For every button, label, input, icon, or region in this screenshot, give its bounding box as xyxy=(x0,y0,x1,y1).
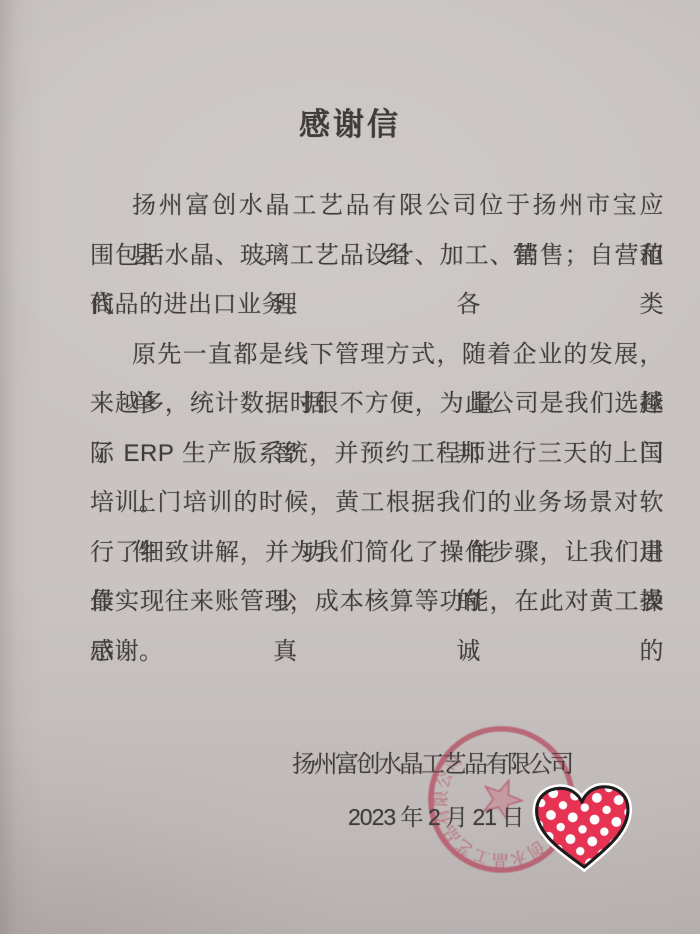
letter-line: 作实现往来账管理，成本核算等功能，在此对黄工表示真诚的 xyxy=(90,577,664,627)
letter-line: 围包括水晶、玻璃工艺品设计、加工、销售；自营和代理各类 xyxy=(90,231,664,281)
letter-line: 上门培训的时候，黄工根据我们的业务场景对软件功能进 xyxy=(90,478,664,528)
letter-title: 感谢信 xyxy=(0,99,700,144)
letter-line: 际 ERP 生产版系统，并预约工程师进行三天的上门培训。 xyxy=(90,429,664,479)
photographed-letter: 感谢信 扬州富创水晶工艺品有限公司位于扬州市宝应县。经营范围包括水晶、玻璃工艺品… xyxy=(0,0,700,934)
signature-company: 扬州富创水晶工艺品有限公司 xyxy=(292,744,572,779)
letter-line: 扬州富创水晶工艺品有限公司位于扬州市宝应县。经营范 xyxy=(90,181,664,231)
heart-sticker-icon xyxy=(525,781,640,880)
letter-line: 来越多，统计数据时很不方便，为此公司是我们选择了智邦国 xyxy=(90,379,664,429)
letter-body: 扬州富创水晶工艺品有限公司位于扬州市宝应县。经营范围包括水晶、玻璃工艺品设计、加… xyxy=(90,181,664,676)
letter-line: 原先一直都是线下管理方式，随着企业的发展，单据量越 xyxy=(90,330,664,380)
letter-line: 行了细致讲解，并为我们简化了操作步骤，让我们用最少的操 xyxy=(90,528,664,578)
signature-date: 2023 年 2 月 21 日 xyxy=(348,799,524,832)
